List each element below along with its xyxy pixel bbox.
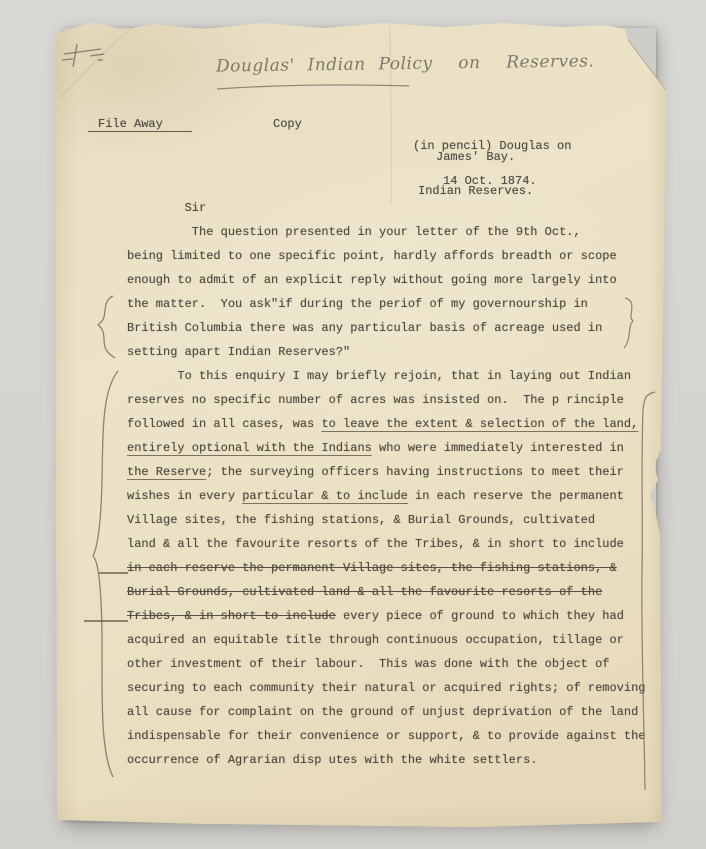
text-segment: followed in all cases, was — [127, 417, 321, 431]
body-line: setting apart Indian Reserves?" — [127, 340, 667, 364]
text-segment: securing to each community their natural… — [127, 681, 645, 695]
text-segment: To this enquiry I may briefly rejoin, th… — [127, 369, 631, 383]
body-line: being limited to one specific point, har… — [127, 244, 667, 268]
body-line: followed in all cases, was to leave the … — [127, 412, 667, 436]
text-segment: British Columbia there was any particula… — [127, 321, 602, 335]
text-segment: The question presented in your letter of… — [127, 225, 581, 239]
text-segment: the matter. You ask"if during the periof… — [127, 297, 588, 311]
scan-background: { "document": { "kind": "typewritten let… — [0, 0, 706, 849]
underline-segment: entirely optional with the Indians — [127, 441, 372, 455]
body-line: British Columbia there was any particula… — [127, 316, 667, 340]
underline-segment: particular & to include — [242, 489, 408, 503]
strike-segment: in each reserve the permanent Village si… — [127, 561, 617, 575]
body-line: other investment of their labour. This w… — [127, 652, 667, 676]
text-segment: setting apart Indian Reserves?" — [127, 345, 350, 359]
body-line: land & all the favourite resorts of the … — [127, 532, 667, 556]
copy-label: Copy — [273, 112, 302, 136]
text-segment: other investment of their labour. This w… — [127, 657, 609, 671]
body-line: Sir — [127, 196, 667, 220]
body-line: wishes in every particular & to include … — [127, 484, 667, 508]
text-segment: enough to admit of an explicit reply wit… — [127, 273, 617, 287]
file-away-underline — [88, 131, 192, 132]
text-segment: wishes in every — [127, 489, 242, 503]
text-segment: occurrence of Agrarian disp utes with th… — [127, 753, 537, 767]
text-segment: Village sites, the fishing stations, & B… — [127, 513, 595, 527]
text-segment: who were immediately interested in — [372, 441, 624, 455]
date-line: 14 Oct. 1874. — [443, 174, 537, 189]
body-line: Tribes, & in short to include every piec… — [127, 604, 667, 628]
underline-segment: the Reserve — [127, 465, 206, 479]
text-segment: all cause for complaint on the ground of… — [127, 705, 638, 719]
strike-segment: Tribes, & in short to include — [127, 609, 336, 623]
body-line: reserves no specific number of acres was… — [127, 388, 667, 412]
document-body: Sir The question presented in your lette… — [127, 196, 667, 772]
body-line: indispensable for their convenience or s… — [127, 724, 667, 748]
text-segment: indispensable for their convenience or s… — [127, 729, 645, 743]
underline-segment: to leave the extent & selection of the l… — [321, 417, 638, 431]
text-segment: ; the surveying officers having instruct… — [206, 465, 624, 479]
text-segment: every piece of ground to which they had — [336, 609, 624, 623]
text-segment: being limited to one specific point, har… — [127, 249, 617, 263]
body-line: all cause for complaint on the ground of… — [127, 700, 667, 724]
body-line: securing to each community their natural… — [127, 676, 667, 700]
file-away-label: File Away — [98, 112, 163, 136]
body-line: acquired an equitable title through cont… — [127, 628, 667, 652]
text-segment: Sir — [127, 201, 206, 215]
place-line: James' Bay. — [436, 150, 515, 165]
body-line: Burial Grounds, cultivated land & all th… — [127, 580, 667, 604]
body-line: occurrence of Agrarian disp utes with th… — [127, 748, 667, 772]
body-line: enough to admit of an explicit reply wit… — [127, 268, 667, 292]
body-line: entirely optional with the Indians who w… — [127, 436, 667, 460]
body-line: To this enquiry I may briefly rejoin, th… — [127, 364, 667, 388]
body-line: The question presented in your letter of… — [127, 220, 667, 244]
text-segment: land & all the favourite resorts of the … — [127, 537, 624, 551]
body-line: the Reserve; the surveying officers havi… — [127, 460, 667, 484]
text-segment: acquired an equitable title through cont… — [127, 633, 624, 647]
strike-segment: Burial Grounds, cultivated land & all th… — [127, 585, 602, 599]
text-segment: reserves no specific number of acres was… — [127, 393, 624, 407]
body-line: in each reserve the permanent Village si… — [127, 556, 667, 580]
text-segment: in each reserve the permanent — [408, 489, 624, 503]
body-line: Village sites, the fishing stations, & B… — [127, 508, 667, 532]
body-line: the matter. You ask"if during the periof… — [127, 292, 667, 316]
